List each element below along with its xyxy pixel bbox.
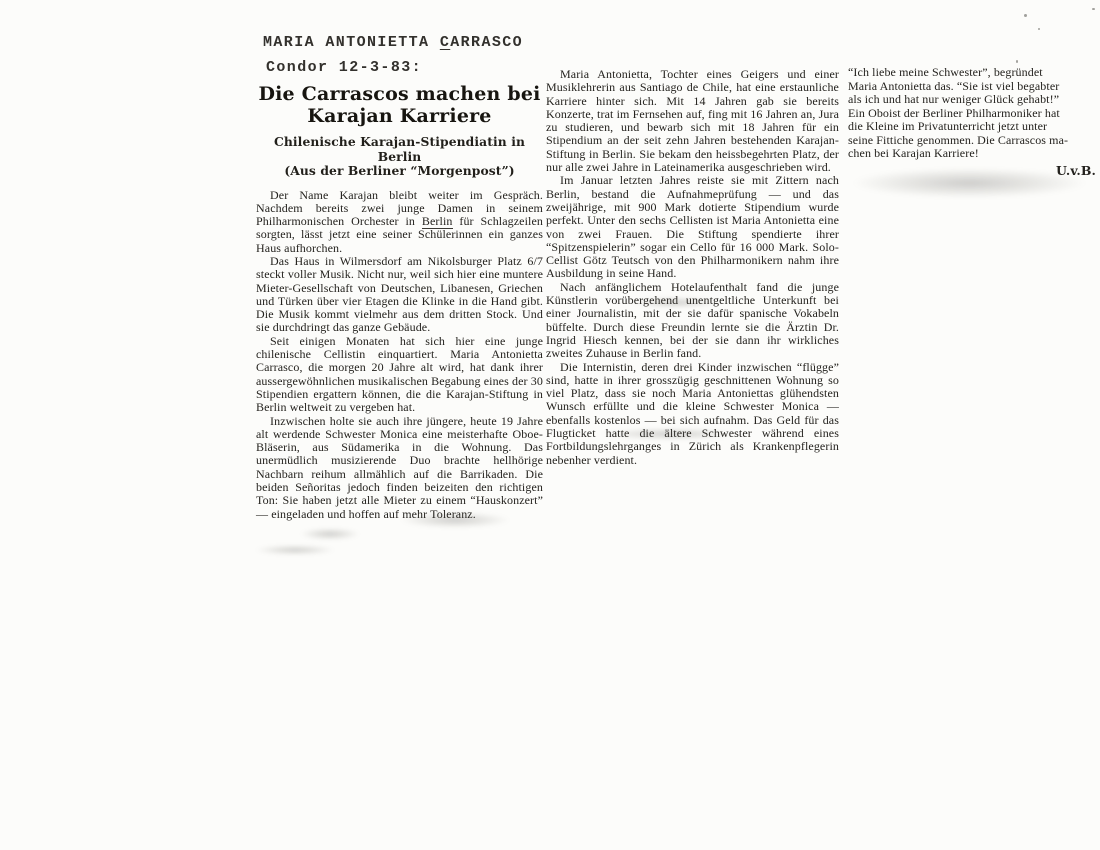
paragraph: Inzwischen holte sie auch ihre jüngere, … — [256, 415, 543, 521]
article-column-3: “Ich liebe meine Schwester”, begründet M… — [848, 66, 1100, 177]
typed-annotation-source: Condor 12-3-83: — [266, 59, 422, 76]
article-column-2: Maria Antonietta, Tochter eines Geigers … — [546, 68, 839, 467]
scan-speck — [1038, 28, 1040, 30]
typed-name-part: MARIA ANTONIETTA — [263, 34, 440, 51]
scan-smudge — [300, 528, 360, 540]
subhead-line-2: (Aus der Berliner “Morgenpost”) — [256, 164, 543, 179]
paragraph: Seit einigen Monaten hat sich hier eine … — [256, 335, 543, 415]
scan-smudge — [255, 545, 335, 555]
typed-name-part: ARRASCO — [450, 34, 523, 51]
author-byline: U.v.B. — [848, 164, 1096, 177]
subhead-line-1: Chilenische Karajan-Stipendiatin in Berl… — [256, 135, 543, 164]
paragraph: Der Name Karajan bleibt weiter im Gesprä… — [256, 189, 543, 255]
typed-name-underlined-initial: C — [440, 34, 450, 51]
paragraph: Nach anfänglichem Hotelaufenthalt fand d… — [546, 281, 839, 361]
typed-annotation-name: MARIA ANTONIETTA CARRASCO — [263, 34, 523, 51]
headline-line-1: Die Carrascos machen bei — [256, 84, 543, 106]
paragraph: “Ich liebe meine Schwester”, begründet M… — [848, 66, 1100, 161]
headline-line-2: Karajan Karriere — [256, 106, 543, 128]
scan-speck — [1024, 14, 1027, 17]
article-subhead: Chilenische Karajan-Stipendiatin in Berl… — [256, 135, 543, 179]
paragraph: Maria Antonietta, Tochter eines Geigers … — [546, 68, 839, 174]
scanned-newspaper-clipping: MARIA ANTONIETTA CARRASCO Condor 12-3-83… — [0, 0, 1100, 850]
scan-speck — [1092, 8, 1095, 10]
paragraph: Das Haus in Wilmersdorf am Nikolsburger … — [256, 255, 543, 335]
paragraph: Im Januar letzten Jahres reiste sie mit … — [546, 174, 839, 280]
paragraph: Die Internistin, deren drei Kinder inzwi… — [546, 361, 839, 467]
article-headline: Die Carrascos machen bei Karajan Karrier… — [256, 84, 543, 127]
article-column-1: Die Carrascos machen bei Karajan Karrier… — [256, 84, 543, 521]
scan-speck — [1016, 60, 1018, 63]
